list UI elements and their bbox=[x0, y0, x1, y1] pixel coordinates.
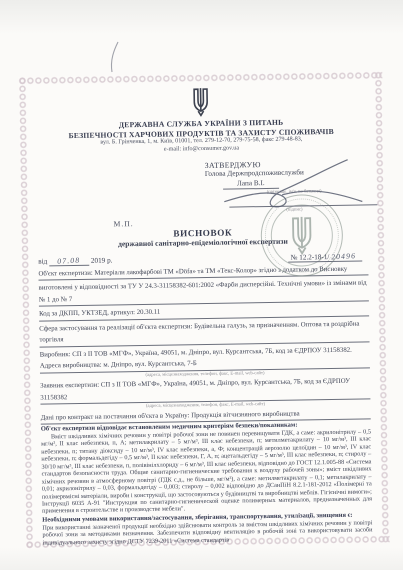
certificate-sheet: ДЕРЖАВНА СЛУЖБА УКРАЇНИ З ПИТАНЬ БЕЗПЕЧН… bbox=[18, 71, 389, 549]
document-page: ДЕРЖАВНА СЛУЖБА УКРАЇНИ З ПИТАНЬ БЕЗПЕЧН… bbox=[0, 0, 403, 570]
number-label: № 12.2-18-1/ bbox=[291, 253, 330, 262]
signature bbox=[216, 155, 367, 215]
number-field: № 12.2-18-1/ 20496 bbox=[289, 251, 369, 262]
field-applicant: Заявник експертизи: СП з ІІ ТОВ «МГФ», У… bbox=[40, 375, 370, 410]
pen-mark bbox=[100, 40, 126, 74]
field-producer: Виробник: СП з ІІ ТОВ «МГФ», Україна, 49… bbox=[40, 344, 370, 379]
certificate-content: ДЕРЖАВНА СЛУЖБА УКРАЇНИ З ПИТАНЬ БЕЗПЕЧН… bbox=[26, 79, 381, 540]
criteria-paragraph: Вміст шкідливих хімічних речовин у повіт… bbox=[41, 428, 372, 515]
field-scope: Сфера застосування та реалізації об'єкта… bbox=[39, 318, 369, 347]
date-year: 2019 р. bbox=[91, 256, 113, 264]
field-object-continued: виготовлені у відповідності за ТУ У 24.3… bbox=[39, 278, 369, 307]
date-prefix: від bbox=[38, 257, 47, 265]
trident-emblem-icon bbox=[189, 87, 211, 117]
date-handwritten: 07.08 bbox=[57, 255, 81, 265]
date-field: від 07.08 2019 р. bbox=[38, 255, 112, 266]
number-handwritten: 20496 bbox=[331, 251, 356, 261]
